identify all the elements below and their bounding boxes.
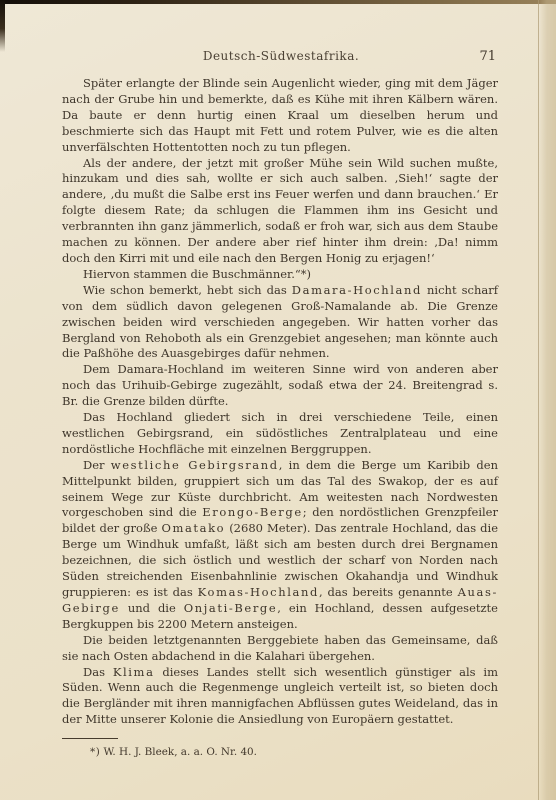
text-segment: , das bereits genannte [319,585,458,599]
paragraph: Die beiden letztgenannten Berggebiete ha… [62,633,498,665]
footnote-marker: *) [90,746,100,758]
text-segment: Als der andere, der jetzt mit großer Müh… [62,156,498,265]
text-segment: Das Hochland gliedert sich in drei versc… [62,410,498,456]
paragraph: Als der andere, der jetzt mit großer Müh… [62,156,498,267]
footnote-text: W. H. J. Bleek, a. a. O. Nr. 40. [100,746,257,758]
body-text: Später erlangte der Blinde sein Augenlic… [62,76,498,759]
scan-left-edge [0,0,5,52]
emphasized-term: Komas-Hochland [198,585,319,599]
paragraph: Das Hochland gliedert sich in drei versc… [62,410,498,458]
text-segment: und die [120,601,184,615]
emphasized-term: westliche Gebirgsrand [111,458,279,472]
emphasized-term: Damara-Hochland [292,283,422,297]
paragraph: Wie schon bemerkt, hebt sich das Damara-… [62,283,498,363]
page-header: Deutsch-Südwestafrika. 71 [62,49,500,65]
emphasized-term: Erongo-Berge [202,505,303,519]
page-edge-shadow [538,0,556,800]
page-number: 71 [479,49,496,64]
paragraph: Das Klima dieses Landes stellt sich wese… [62,665,498,729]
paragraph: Hiervon stammen die Buschmänner.“*) [62,267,498,283]
emphasized-term: Onjati-Berge [184,601,278,615]
paragraph: Der westliche Gebirgsrand, in dem die Be… [62,458,498,633]
text-segment: Hiervon stammen die Buschmänner.“*) [83,267,311,281]
text-segment: Das [83,665,113,679]
paragraph: Dem Damara-Hochland im weiteren Sinne wi… [62,362,498,410]
text-segment: Wie schon bemerkt, hebt sich das [83,283,292,297]
text-segment: Später erlangte der Blinde sein Augenlic… [62,76,498,154]
text-segment: Die beiden letztgenannten Berggebiete ha… [62,633,498,663]
running-title: Deutsch-Südwestafrika. [62,49,500,63]
text-segment: Der [83,458,111,472]
text-segment: Dem Damara-Hochland im weiteren Sinne wi… [62,362,498,408]
scan-top-edge [0,0,556,4]
emphasized-term: Klima [113,665,155,679]
paragraph: Später erlangte der Blinde sein Augenlic… [62,76,498,156]
footnote-rule [62,738,118,739]
emphasized-term: Omatako [161,521,225,535]
book-page: { "colors": { "paper": "#ece3cd", "ink":… [0,0,556,800]
footnote: *) W. H. J. Bleek, a. a. O. Nr. 40. [62,746,498,759]
